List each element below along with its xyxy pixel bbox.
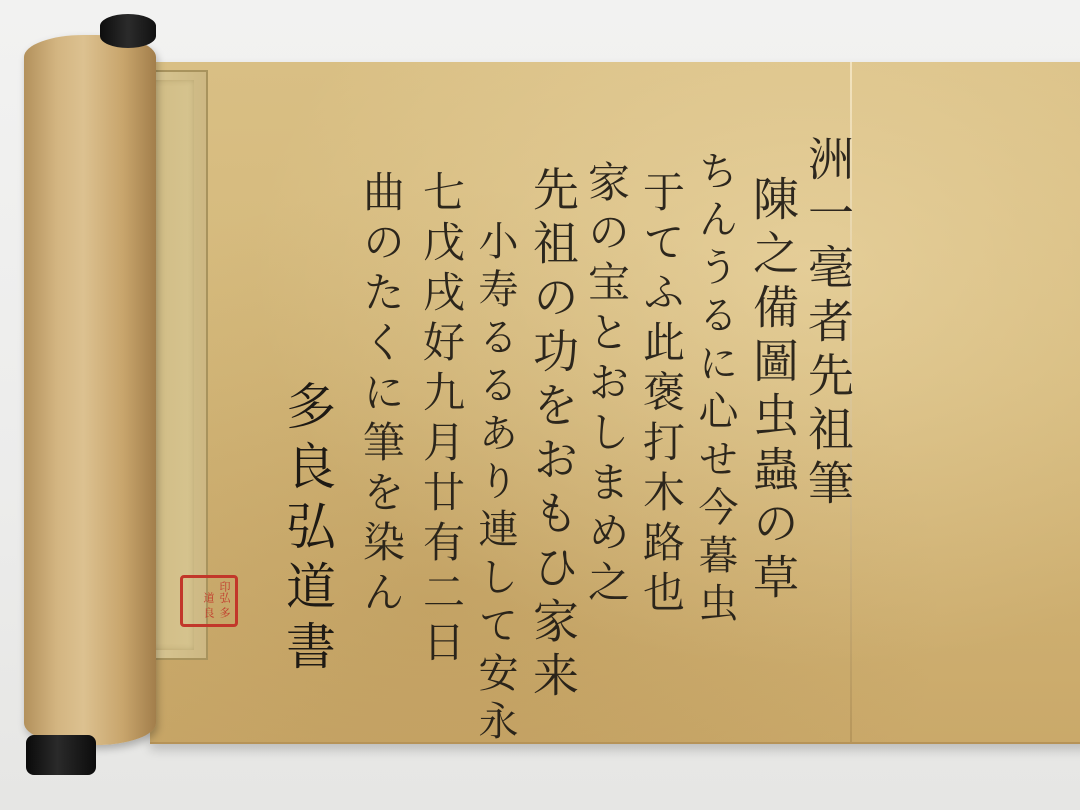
seal-text: 多良 [186, 607, 232, 622]
text-column-9: 曲のたくに筆を染ん [360, 170, 402, 620]
rolled-scroll-cylinder [24, 35, 156, 745]
roller-knob-bottom [26, 735, 96, 775]
text-column-5: 家の宝とおしまめ之 [585, 160, 627, 610]
red-seal-stamp: 多良 弘道 印 [180, 575, 238, 627]
text-column-4: 于てふ此褒打木路也 [640, 170, 682, 620]
text-column-7: 小寿るるあり連して安永 [475, 220, 515, 748]
text-column-1: 洲一毫者先祖筆 [805, 135, 851, 513]
roller-knob-top [100, 14, 156, 48]
artist-signature: 多良弘道書 [282, 380, 332, 680]
text-column-3: ちんうるに心せ今暮虫 [695, 150, 735, 630]
seal-text: 印 [186, 581, 232, 592]
text-column-2: 陳之備圖虫蟲の草 [750, 175, 796, 607]
scroll-photo: 洲一毫者先祖筆 陳之備圖虫蟲の草 ちんうるに心せ今暮虫 于てふ此褒打木路也 家の… [0, 0, 1080, 810]
text-column-6: 先祖の功をおもひ家来 [530, 165, 576, 705]
text-column-8: 七戊戌好九月廿有二日 [420, 170, 462, 670]
seal-text: 弘道 [186, 592, 232, 607]
